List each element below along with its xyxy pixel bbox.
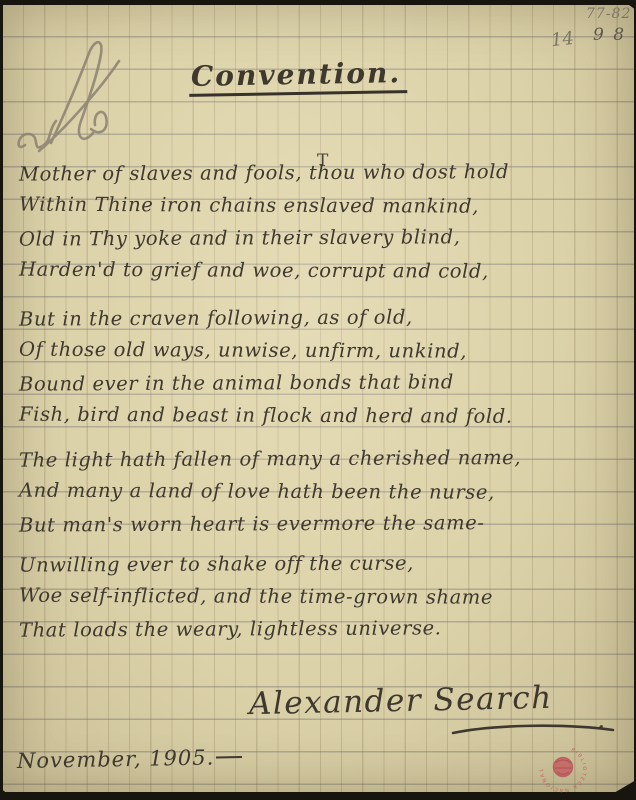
pencil-scribble <box>11 33 131 158</box>
poem-line: Unwilling ever to shake off the curse, <box>19 546 629 582</box>
stanza-3: The light hath fallen of many a cherishe… <box>19 443 629 541</box>
stanza-2: But in the craven following, as of old, … <box>19 302 629 432</box>
poem-title: Convention. <box>189 56 408 97</box>
page-number: 14 <box>550 28 575 51</box>
poem-line: Harden'd to grief and woe, corrupt and c… <box>19 253 629 288</box>
poem-line: Bound ever in the animal bonds that bind <box>19 365 629 401</box>
date-flourish <box>216 756 242 758</box>
poem-line: Woe self-inflicted, and the time-grown s… <box>19 579 629 614</box>
poem-line: But in the craven following, as of old, <box>19 300 629 336</box>
poem-line: Mother of slaves and fools, thou who dos… <box>19 155 629 191</box>
author-signature: Alexander Search <box>249 680 553 722</box>
library-stamp-icon: BIBLIOTECA NACIONAL <box>535 741 591 797</box>
poem-line: Within Thine iron chains enslaved mankin… <box>19 188 629 223</box>
poem-line: Fish, bird and beast in flock and herd a… <box>19 398 629 433</box>
poem-line: But man's worn heart is evermore the sam… <box>19 506 629 542</box>
date-line: November, 1905. <box>17 745 243 773</box>
manuscript-scan: 77-82 9 8 14 Convention. T Mother of sla… <box>0 0 636 800</box>
photo-corner <box>602 780 636 800</box>
stanza-1: Mother of slaves and fools, thou who dos… <box>19 157 629 287</box>
signature-period: . <box>597 705 605 735</box>
poem-line: The light hath fallen of many a cherishe… <box>19 441 629 477</box>
photo-corner <box>622 0 636 10</box>
photo-corner <box>0 788 16 800</box>
poem-line: Old in Thy yoke and in their slavery bli… <box>19 220 629 256</box>
poem-line: That loads the weary, lightless universe… <box>19 611 629 647</box>
stanza-4: Unwilling ever to shake off the curse, W… <box>19 548 629 646</box>
ledger-paper: 77-82 9 8 14 Convention. T Mother of sla… <box>3 5 634 792</box>
poem-line: And many a land of love hath been the nu… <box>19 474 629 509</box>
date-text: November, 1905. <box>17 746 215 773</box>
archival-number: 9 8 <box>593 25 626 45</box>
poem-line: Of those old ways, unwise, unfirm, unkin… <box>19 333 629 368</box>
signature-flourish <box>451 721 616 737</box>
